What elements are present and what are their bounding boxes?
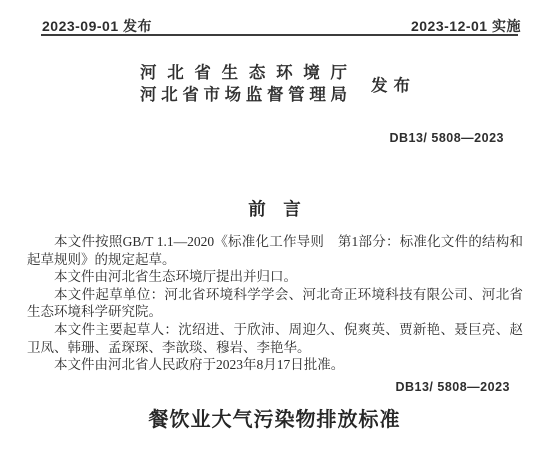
- issue-date: 2023-09-01 发布: [42, 16, 152, 36]
- foreword-paragraph-3: 本文件起草单位：河北省环境科学学会、河北奇正环境科技有限公司、河北省生态环境科学…: [27, 286, 523, 321]
- foreword-paragraph-1: 本文件按照GB/T 1.1—2020《标准化工作导则 第1部分：标准化文件的结构…: [27, 233, 523, 268]
- publisher-names: 河北省生态环境厅 河北省市场监督管理局: [140, 62, 347, 106]
- publish-label: 发布: [371, 72, 416, 96]
- header-rule: [41, 34, 518, 36]
- foreword-title: 前 言: [0, 196, 549, 221]
- doc-number-top: DB13/ 5808—2023: [389, 131, 504, 145]
- publisher-line-1: 河北省生态环境厅: [140, 62, 347, 84]
- foreword-paragraph-5: 本文件由河北省人民政府于2023年8月17日批准。: [27, 356, 523, 374]
- dates-row: 2023-09-01 发布 2023-12-01 实施: [42, 16, 521, 36]
- publisher-block: 河北省生态环境厅 河北省市场监督管理局 发布: [140, 62, 416, 106]
- implement-date: 2023-12-01 实施: [411, 16, 521, 36]
- publisher-line-2: 河北省市场监督管理局: [140, 84, 347, 106]
- foreword-paragraph-2: 本文件由河北省生态环境厅提出并归口。: [27, 268, 523, 286]
- doc-number-bottom: DB13/ 5808—2023: [395, 380, 510, 394]
- foreword-body: 本文件按照GB/T 1.1—2020《标准化工作导则 第1部分：标准化文件的结构…: [27, 233, 523, 374]
- standard-document-page: 2023-09-01 发布 2023-12-01 实施 河北省生态环境厅 河北省…: [0, 0, 549, 456]
- standard-title: 餐饮业大气污染物排放标准: [0, 403, 549, 432]
- foreword-paragraph-4: 本文件主要起草人：沈绍进、于欣沛、周迎久、倪爽英、贾新艳、聂巨亮、赵卫凤、韩珊、…: [27, 321, 523, 356]
